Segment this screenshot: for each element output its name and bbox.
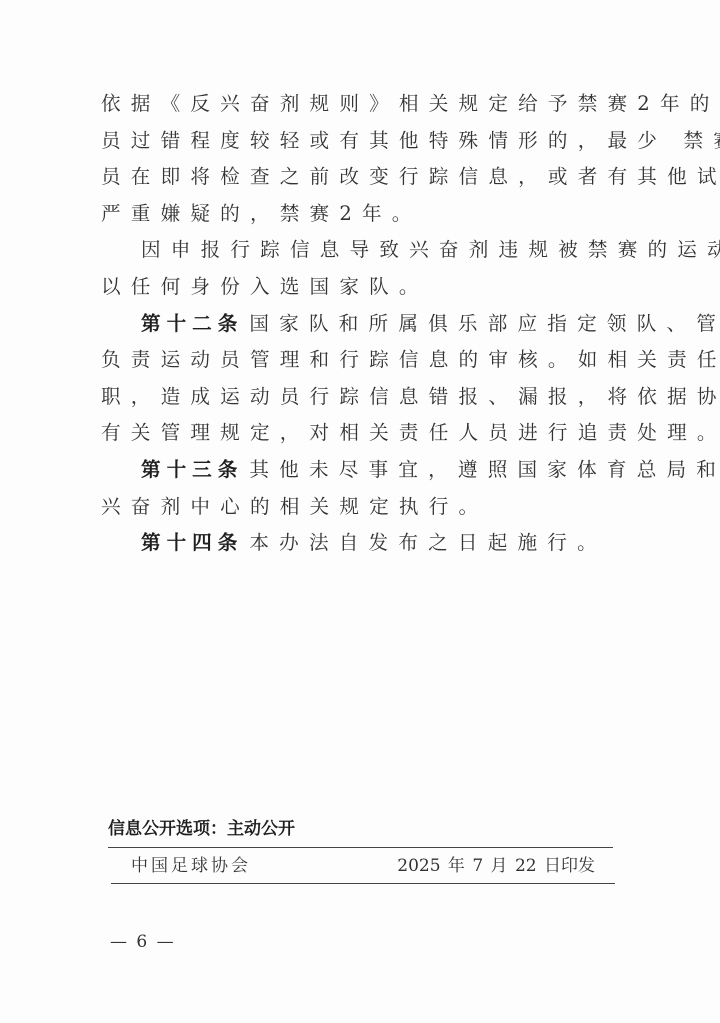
body-line: 因申报行踪信息导致兴奋剂违规被禁赛的运动员，不得: [101, 232, 616, 269]
body-line: 依据《反兴奋剂规则》相关规定给予禁赛2年的处罚；运动: [101, 86, 616, 123]
body-line: 职，造成运动员行踪信息错报、漏报，将依据协会和国家队: [101, 379, 616, 416]
divider-bottom: [111, 883, 615, 884]
article-label: 第十二条: [141, 312, 243, 335]
body-line: 员在即将检查之前改变行踪信息，或者有其他试图逃避检查: [101, 159, 616, 196]
article-text: 其他未尽事宜，遵照国家体育总局和中国反: [249, 458, 720, 481]
divider-top: [108, 847, 613, 848]
article-14-line: 第十四条本办法自发布之日起施行。: [101, 525, 616, 562]
article-12-line: 第十二条国家队和所属俱乐部应指定领队、管理人员: [101, 306, 616, 343]
body-line: 有关管理规定，对相关责任人员进行追责处理。: [101, 415, 616, 452]
body-line: 以任何身份入选国家队。: [101, 269, 616, 306]
body-line: 严重嫌疑的，禁赛2年。: [101, 196, 616, 233]
article-text: 本办法自发布之日起施行。: [249, 531, 607, 554]
article-label: 第十四条: [141, 531, 243, 554]
page-number: — 6 —: [110, 930, 176, 954]
article-label: 第十三条: [141, 458, 243, 481]
document-body: 依据《反兴奋剂规则》相关规定给予禁赛2年的处罚；运动 员过错程度较轻或有其他特殊…: [101, 86, 616, 562]
disclosure-option: 信息公开选项：主动公开: [108, 815, 295, 843]
body-line: 兴奋剂中心的相关规定执行。: [101, 489, 616, 526]
body-line: 员过错程度较轻或有其他特殊情形的，最少 禁赛1年；运动: [101, 123, 616, 160]
article-13-line: 第十三条其他未尽事宜，遵照国家体育总局和中国反: [101, 452, 616, 489]
issuer-name: 中国足球协会: [131, 852, 251, 880]
document-page: 依据《反兴奋剂规则》相关规定给予禁赛2年的处罚；运动 员过错程度较轻或有其他特殊…: [0, 0, 720, 1023]
body-line: 负责运动员管理和行踪信息的审核。如相关责任人员明显失: [101, 342, 616, 379]
issue-date: 2025 年 7 月 22 日印发: [397, 852, 595, 880]
article-text: 国家队和所属俱乐部应指定领队、管理人员: [249, 312, 720, 335]
